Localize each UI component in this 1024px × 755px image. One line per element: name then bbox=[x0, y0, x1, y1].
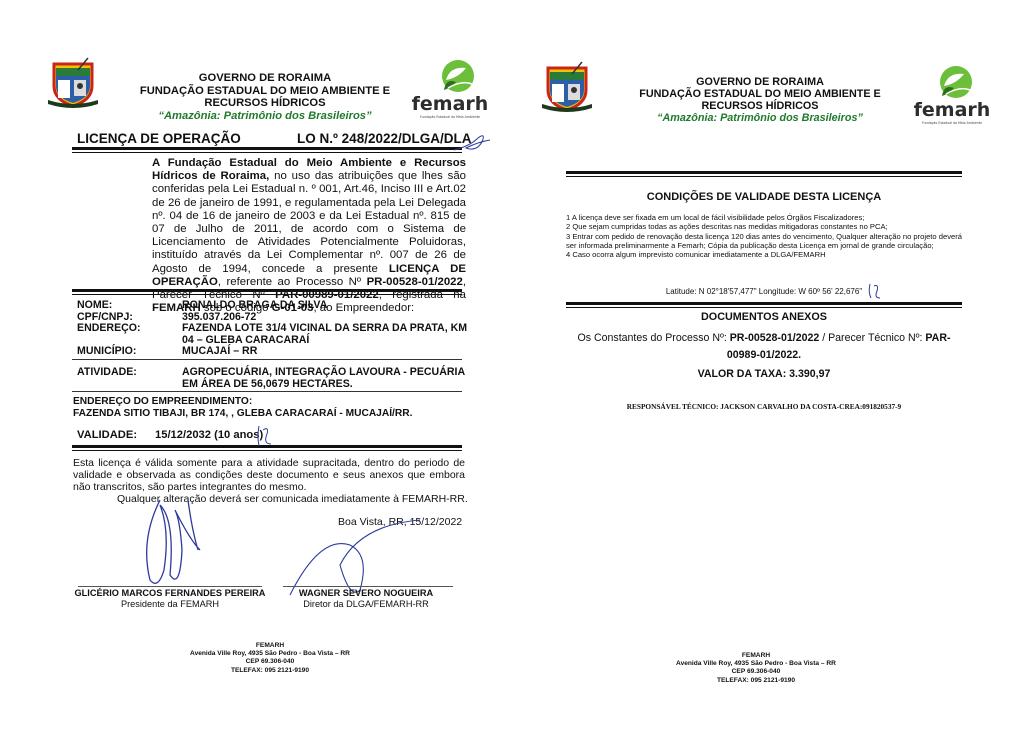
footer-line: CEP 69.306-040 bbox=[636, 668, 876, 676]
enterprise-address-label: ENDEREÇO DO EMPREENDIMENTO: bbox=[73, 396, 473, 408]
condition-item: 2 Que sejam cumpridas todas as ações des… bbox=[566, 222, 966, 231]
footer: FEMARH Avenida Ville Roy, 4935 São Pedro… bbox=[636, 652, 876, 685]
divider bbox=[72, 147, 462, 153]
footer-line: FEMARH bbox=[150, 642, 390, 650]
field-label: VALIDADE: bbox=[77, 429, 155, 441]
condition-item: 1 A licença deve ser fixada em um local … bbox=[566, 213, 966, 222]
field-activity: ATIVIDADE: AGROPECUÁRIA, INTEGRAÇÃO LAVO… bbox=[77, 366, 477, 390]
header-line-2: FUNDAÇÃO ESTADUAL DO MEIO AMBIENTE E bbox=[110, 85, 420, 98]
svg-text:Fundação Estadual do Meio Ambi: Fundação Estadual do Meio Ambiente bbox=[420, 115, 480, 119]
field-label: ATIVIDADE: bbox=[77, 366, 182, 390]
technical-responsible: RESPONSÁVEL TÉCNICO: JACKSON CARVALHO DA… bbox=[566, 402, 962, 411]
annexes-prefix: Os Constantes do Processo Nº: bbox=[577, 332, 729, 344]
header-line-3: RECURSOS HÍDRICOS bbox=[110, 97, 420, 110]
condition-item: 4 Caso ocorra algum imprevisto comunicar… bbox=[566, 250, 966, 259]
divider bbox=[72, 359, 462, 360]
header-line-3: RECURSOS HÍDRICOS bbox=[610, 100, 910, 112]
signature-line bbox=[283, 586, 453, 587]
divider bbox=[72, 391, 462, 392]
divider bbox=[72, 289, 462, 295]
process-number: PR-00528-01/2022 bbox=[367, 276, 463, 288]
footer-line: FEMARH bbox=[636, 652, 876, 660]
header: GOVERNO DE RORAIMA FUNDAÇÃO ESTADUAL DO … bbox=[110, 72, 420, 122]
process-number: PR-00528-01/2022 bbox=[730, 332, 820, 344]
license-page-1: GOVERNO DE RORAIMA FUNDAÇÃO ESTADUAL DO … bbox=[0, 0, 512, 755]
signatory-name: WAGNER SEVERO NOGUEIRA bbox=[276, 588, 456, 598]
divider bbox=[72, 445, 462, 451]
divider bbox=[566, 302, 962, 308]
intro-text: , referente ao Processo Nº bbox=[218, 276, 367, 288]
annexes-middle: / Parecer Técnico Nº: bbox=[819, 332, 925, 344]
svg-text:Fundação Estadual do Meio Ambi: Fundação Estadual do Meio Ambiente bbox=[922, 121, 982, 125]
footer: FEMARH Avenida Ville Roy, 4935 São Pedro… bbox=[150, 642, 390, 675]
footer-line: CEP 69.306-040 bbox=[150, 658, 390, 666]
signature-line bbox=[78, 586, 262, 587]
roraima-coat-of-arms-icon bbox=[44, 56, 102, 112]
header-line-1: GOVERNO DE RORAIMA bbox=[110, 72, 420, 85]
footer-line: Avenida Ville Roy, 4935 São Pedro - Boa … bbox=[636, 660, 876, 668]
field-label: MUNICÍPIO: bbox=[77, 345, 182, 357]
conditions-list: 1 A licença deve ser fixada em um local … bbox=[566, 213, 966, 259]
coordinates: Latitude: N 02°18'57,477" Longitude: W 6… bbox=[566, 287, 962, 296]
field-name: NOME: RONALDO BRAGA DA SILVA bbox=[77, 299, 477, 311]
roraima-coat-of-arms-icon bbox=[538, 60, 596, 116]
field-validity: VALIDADE: 15/12/2032 (10 anos) bbox=[77, 429, 477, 441]
field-municipality: MUNICÍPIO: MUCAJAÍ – RR bbox=[77, 345, 477, 357]
femarh-logo: femarh Fundação Estadual do Meio Ambient… bbox=[912, 64, 992, 130]
place-date: Boa Vista, RR, 15/12/2022 bbox=[338, 516, 462, 528]
footer-line: TELEFAX: 095 2121-9190 bbox=[636, 677, 876, 685]
field-address: ENDEREÇO: FAZENDA LOTE 31/4 VICINAL DA S… bbox=[77, 322, 477, 346]
enterprise-address-value: FAZENDA SITIO TIBAJI, BR 174, , GLEBA CA… bbox=[73, 408, 473, 420]
divider bbox=[566, 171, 962, 177]
intro-text: no uso das atribuições que lhes são conf… bbox=[152, 170, 466, 274]
license-page-2: GOVERNO DE RORAIMA FUNDAÇÃO ESTADUAL DO … bbox=[512, 0, 1024, 755]
field-value: RONALDO BRAGA DA SILVA bbox=[182, 299, 477, 311]
conditions-title: CONDIÇÕES DE VALIDADE DESTA LICENÇA bbox=[566, 191, 962, 203]
header-line-2: FUNDAÇÃO ESTADUAL DO MEIO AMBIENTE E bbox=[610, 88, 910, 100]
footer-line: Avenida Ville Roy, 4935 São Pedro - Boa … bbox=[150, 650, 390, 658]
header: GOVERNO DE RORAIMA FUNDAÇÃO ESTADUAL DO … bbox=[610, 76, 910, 124]
svg-text:femarh: femarh bbox=[412, 93, 489, 115]
header-motto: “Amazônia: Patrimônio dos Brasileiros” bbox=[610, 112, 910, 124]
field-value: FAZENDA LOTE 31/4 VICINAL DA SERRA DA PR… bbox=[182, 322, 477, 346]
annexes-text: Os Constantes do Processo Nº: PR-00528-0… bbox=[566, 330, 962, 364]
field-label: ENDEREÇO: bbox=[77, 322, 182, 346]
femarh-leaf-icon: femarh Fundação Estadual do Meio Ambient… bbox=[912, 64, 992, 130]
femarh-logo: femarh Fundação Estadual do Meio Ambient… bbox=[410, 58, 490, 124]
signature-president-icon bbox=[130, 490, 220, 595]
fee-value: VALOR DA TAXA: 3.390,97 bbox=[566, 366, 962, 383]
header-motto: “Amazônia: Patrimônio dos Brasileiros” bbox=[110, 110, 420, 123]
header-line-1: GOVERNO DE RORAIMA bbox=[610, 76, 910, 88]
field-value: AGROPECUÁRIA, INTEGRAÇÃO LAVOURA - PECUÁ… bbox=[182, 366, 477, 390]
change-note: Qualquer alteração deverá ser comunicada… bbox=[117, 493, 477, 505]
condition-item: 3 Entrar com pedido de renovação desta l… bbox=[566, 232, 966, 251]
signatory-name: GLICÉRIO MARCOS FERNANDES PEREIRA bbox=[70, 588, 270, 598]
license-number: LO N.º 248/2022/DLGA/DLA bbox=[297, 131, 471, 146]
validity-note: Esta licença é válida somente para a ati… bbox=[73, 457, 465, 494]
svg-text:femarh: femarh bbox=[914, 99, 991, 121]
signatory-role: Presidente da FEMARH bbox=[70, 599, 270, 609]
field-value: 15/12/2032 (10 anos) bbox=[155, 429, 477, 441]
femarh-leaf-icon: femarh Fundação Estadual do Meio Ambient… bbox=[410, 58, 490, 124]
field-label: NOME: bbox=[77, 299, 182, 311]
field-value: MUCAJAÍ – RR bbox=[182, 345, 477, 357]
annexes-title: DOCUMENTOS ANEXOS bbox=[566, 311, 962, 323]
signatory-role: Diretor da DLGA/FEMARH-RR bbox=[276, 599, 456, 609]
footer-line: TELEFAX: 095 2121-9190 bbox=[150, 667, 390, 675]
enterprise-address: ENDEREÇO DO EMPREENDIMENTO: FAZENDA SITI… bbox=[73, 396, 473, 420]
license-title: LICENÇA DE OPERAÇÃO bbox=[77, 131, 241, 146]
